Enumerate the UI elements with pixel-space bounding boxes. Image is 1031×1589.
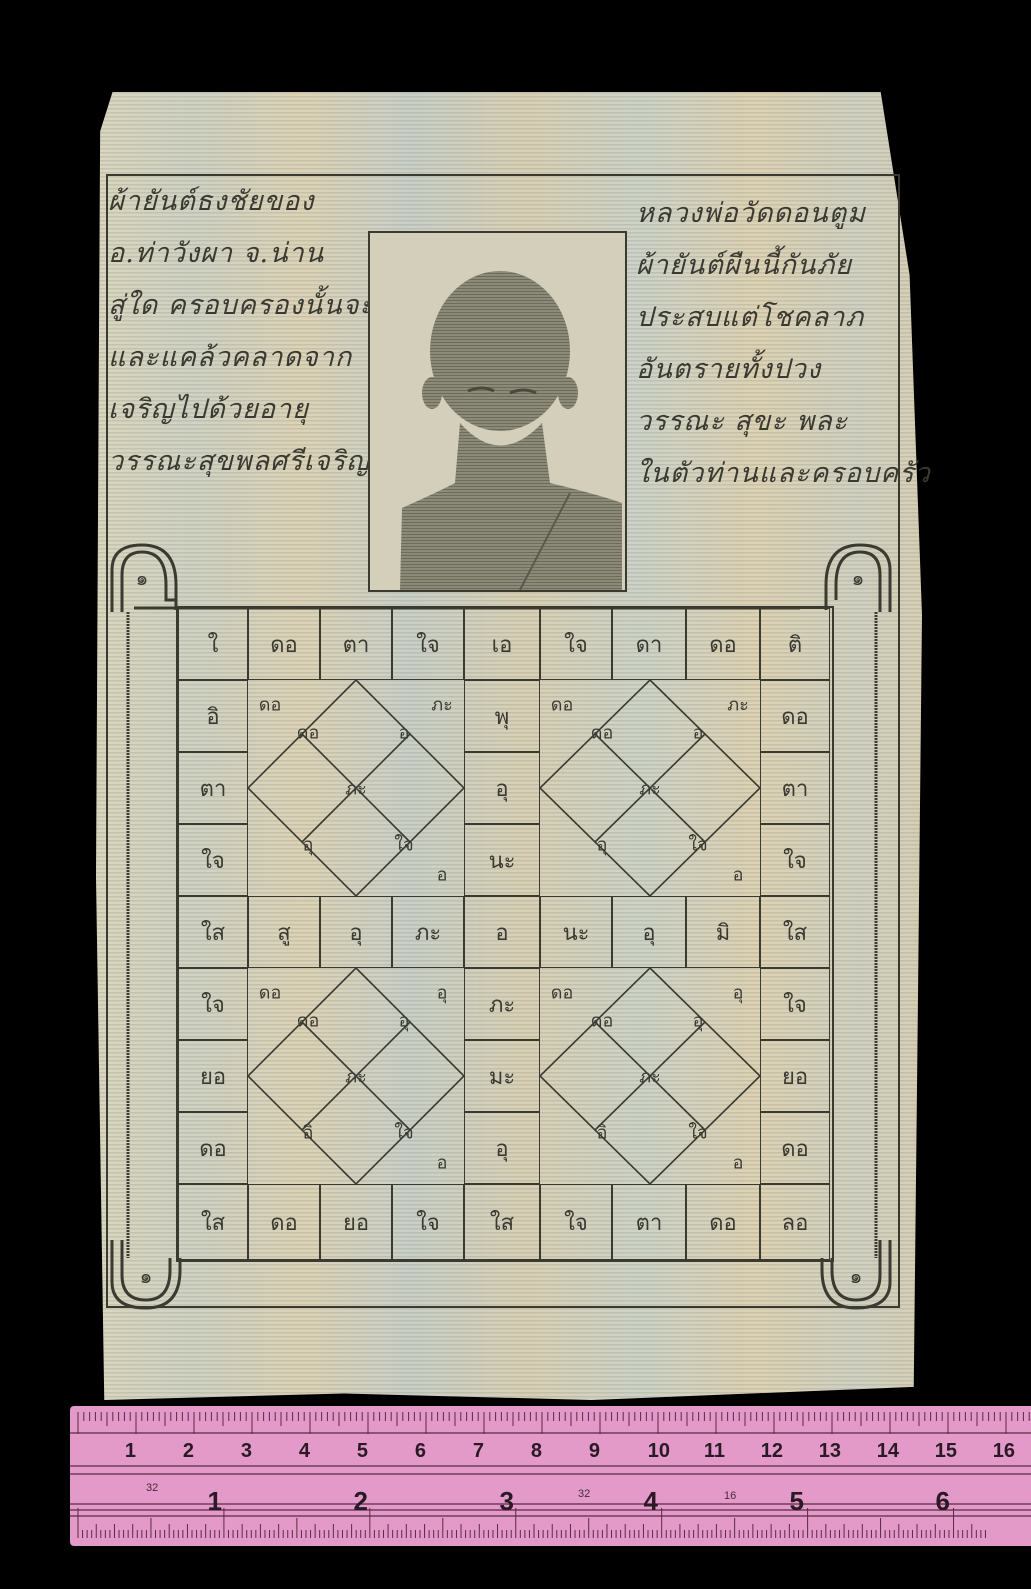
diamond-glyph: ภะ xyxy=(639,1062,661,1091)
diamond-glyph: ดอ xyxy=(297,718,320,747)
inch-label: 2 xyxy=(354,1486,368,1517)
diamond-glyph: ภะ xyxy=(727,690,749,719)
ruler-ticks xyxy=(70,1406,1031,1546)
corner-glyph-top-left: ๑ xyxy=(136,562,149,594)
cm-label: 7 xyxy=(473,1440,484,1463)
cm-label: 4 xyxy=(299,1440,310,1463)
diamond-glyph: ภะ xyxy=(345,774,367,803)
diamond-glyph: ดอ xyxy=(591,718,614,747)
diamond-glyph: อ xyxy=(437,1148,448,1177)
diamond-glyph: ภะ xyxy=(431,690,453,719)
cm-label: 2 xyxy=(183,1440,194,1463)
diamond-glyph: ใจ xyxy=(394,830,413,859)
diamond-glyph: อ xyxy=(733,1148,744,1177)
diamond-glyph: ดอ xyxy=(259,690,282,719)
cm-label: 3 xyxy=(241,1440,252,1463)
diamond-glyph: อุ xyxy=(303,830,314,859)
fraction-label: 32 xyxy=(146,1482,158,1494)
diamond-glyph: ใจ xyxy=(394,1118,413,1147)
inch-label: 4 xyxy=(644,1486,658,1517)
diamond-glyph: อ xyxy=(693,718,704,747)
inch-label: 6 xyxy=(936,1486,950,1517)
diamond-glyph: อุ xyxy=(733,978,744,1007)
diamond-glyph: ดอ xyxy=(591,1006,614,1035)
diamond-glyph: อุ xyxy=(399,1006,410,1035)
inch-label: 1 xyxy=(208,1486,222,1517)
fraction-label: 16 xyxy=(724,1490,736,1502)
diamond-glyph: ดอ xyxy=(551,978,574,1007)
diamond-glyph: อ xyxy=(437,860,448,889)
cm-label: 15 xyxy=(935,1440,957,1463)
diamond-glyph: ภะ xyxy=(345,1062,367,1091)
inch-label: 5 xyxy=(790,1486,804,1517)
cm-label: 9 xyxy=(589,1440,600,1463)
corner-glyph-bottom-left: ๑ xyxy=(140,1260,153,1292)
diamond-glyph: อุ xyxy=(693,1006,704,1035)
cm-label: 16 xyxy=(993,1440,1015,1463)
diamond-glyph: อิ xyxy=(597,1118,608,1147)
diamond-glyph: ดอ xyxy=(259,978,282,1007)
diamond-glyph: อ xyxy=(399,718,410,747)
diamond-glyph: อุ xyxy=(437,978,448,1007)
cm-label: 10 xyxy=(648,1440,670,1463)
diamond-glyph: ดอ xyxy=(297,1006,320,1035)
diamond-glyph: อิ xyxy=(303,1118,314,1147)
fraction-label: 32 xyxy=(578,1488,590,1500)
cm-label: 13 xyxy=(819,1440,841,1463)
diamond-glyph: ดอ xyxy=(551,690,574,719)
cm-label: 5 xyxy=(357,1440,368,1463)
cm-label: 6 xyxy=(415,1440,426,1463)
diamond-glyph: อ xyxy=(733,860,744,889)
yantra-grid: ใ ดอ ตา ใจ เอ ใจ ดา ดอ ติ อิ ตา ใจ ใส ใจ… xyxy=(176,606,834,1262)
diamond-glyph: ใจ xyxy=(688,1118,707,1147)
cm-label: 8 xyxy=(531,1440,542,1463)
measuring-ruler: 1 2 3 4 5 6 7 8 9 10 11 12 13 14 15 16 1… xyxy=(70,1406,1031,1546)
cm-label: 14 xyxy=(877,1440,899,1463)
corner-glyph-top-right: ๑ xyxy=(852,562,865,594)
inch-label: 3 xyxy=(500,1486,514,1517)
diamond-glyph: อุ xyxy=(597,830,608,859)
cm-label: 1 xyxy=(125,1440,136,1463)
diamond-glyph: ภะ xyxy=(639,774,661,803)
cm-label: 11 xyxy=(704,1440,725,1463)
corner-glyph-bottom-right: ๑ xyxy=(850,1260,863,1292)
cm-label: 12 xyxy=(761,1440,783,1463)
diamond-glyph: ใจ xyxy=(688,830,707,859)
